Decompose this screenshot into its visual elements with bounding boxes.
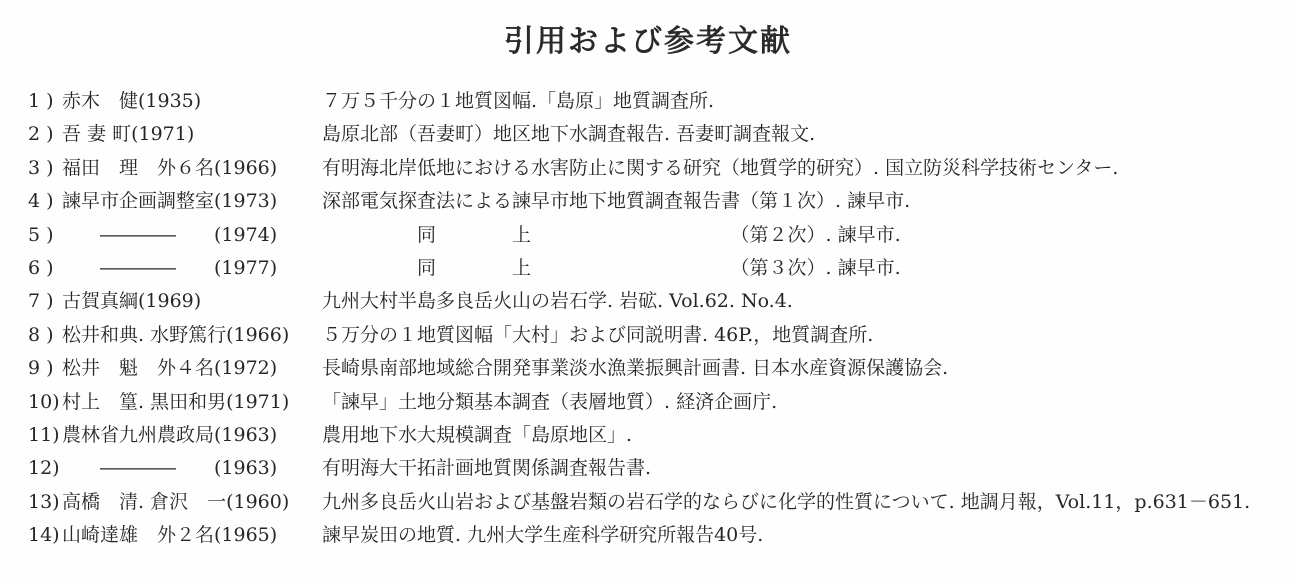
reference-row: 9 )松井 魁 外４名(1972)長崎県南部地域総合開発事業淡水漁業振興計画書.… — [0, 352, 1296, 385]
reference-author: 諫早市企画調整室(1973) — [62, 185, 322, 218]
reference-number: 7 ) — [28, 285, 62, 318]
reference-description: 「諫早」土地分類基本調査（表層地質）. 経済企画庁. — [322, 386, 1296, 419]
reference-author: 高橋 清. 倉沢 一(1960) — [62, 486, 322, 519]
reference-description: 同 上 （第３次）. 諫早市. — [322, 252, 1296, 285]
reference-description: 九州大村半島多良岳火山の岩石学. 岩砿. Vol.62. No.4. — [322, 285, 1296, 318]
reference-description: 同 上 （第２次）. 諫早市. — [322, 219, 1296, 252]
reference-description: ５万分の１地質図幅「大村」および同説明書. 46P.，地質調査所. — [322, 319, 1296, 352]
reference-number: 13) — [28, 486, 62, 519]
reference-row: 11)農林省九州農政局(1963)農用地下水大規模調査「島原地区」. — [0, 419, 1296, 452]
reference-row: 10)村上 篁. 黒田和男(1971)「諫早」土地分類基本調査（表層地質）. 経… — [0, 386, 1296, 419]
reference-author: 村上 篁. 黒田和男(1971) — [62, 386, 322, 419]
reference-number: 8 ) — [28, 319, 62, 352]
reference-author: 赤木 健(1935) — [62, 85, 322, 118]
reference-description: 有明海北岸低地における水害防止に関する研究（地質学的研究）. 国立防災科学技術セ… — [322, 152, 1296, 185]
reference-row: 6 ) ―――― (1977) 同 上 （第３次）. 諫早市. — [0, 252, 1296, 285]
reference-row: 12) ―――― (1963)有明海大干拓計画地質関係調査報告書. — [0, 452, 1296, 485]
reference-author: 福田 理 外６名(1966) — [62, 152, 322, 185]
reference-description: 有明海大干拓計画地質関係調査報告書. — [322, 452, 1296, 485]
reference-author: 農林省九州農政局(1963) — [62, 419, 322, 452]
reference-row: 5 ) ―――― (1974) 同 上 （第２次）. 諫早市. — [0, 219, 1296, 252]
reference-number: 2 ) — [28, 118, 62, 151]
reference-author: ―――― (1974) — [62, 219, 322, 252]
reference-row: 3 )福田 理 外６名(1966)有明海北岸低地における水害防止に関する研究（地… — [0, 152, 1296, 185]
reference-description: 農用地下水大規模調査「島原地区」. — [322, 419, 1296, 452]
reference-author: ―――― (1977) — [62, 252, 322, 285]
reference-list: 1 )赤木 健(1935)７万５千分の１地質図幅.「島原」地質調査所.2 )吾 … — [0, 85, 1296, 552]
reference-author: 吾 妻 町(1971) — [62, 118, 322, 151]
reference-number: 4 ) — [28, 185, 62, 218]
reference-number: 11) — [28, 419, 62, 452]
reference-author: 松井和典. 水野篤行(1966) — [62, 319, 322, 352]
reference-description: 長崎県南部地域総合開発事業淡水漁業振興計画書. 日本水産資源保護協会. — [322, 352, 1296, 385]
references-page: 引用および参考文献 1 )赤木 健(1935)７万５千分の１地質図幅.「島原」地… — [0, 0, 1296, 581]
reference-author: 古賀真綱(1969) — [62, 285, 322, 318]
reference-row: 1 )赤木 健(1935)７万５千分の１地質図幅.「島原」地質調査所. — [0, 85, 1296, 118]
reference-description: 島原北部（吾妻町）地区地下水調査報告. 吾妻町調査報文. — [322, 118, 1296, 151]
reference-number: 3 ) — [28, 152, 62, 185]
reference-description: ７万５千分の１地質図幅.「島原」地質調査所. — [322, 85, 1296, 118]
reference-number: 5 ) — [28, 219, 62, 252]
reference-row: 8 )松井和典. 水野篤行(1966)５万分の１地質図幅「大村」および同説明書.… — [0, 319, 1296, 352]
reference-number: 12) — [28, 452, 62, 485]
reference-row: 2 )吾 妻 町(1971)島原北部（吾妻町）地区地下水調査報告. 吾妻町調査報… — [0, 118, 1296, 151]
reference-row: 4 )諫早市企画調整室(1973)深部電気探査法による諫早市地下地質調査報告書（… — [0, 185, 1296, 218]
reference-number: 14) — [28, 519, 62, 552]
reference-description: 深部電気探査法による諫早市地下地質調査報告書（第１次）. 諫早市. — [322, 185, 1296, 218]
reference-number: 9 ) — [28, 352, 62, 385]
reference-number: 6 ) — [28, 252, 62, 285]
page-title: 引用および参考文献 — [0, 0, 1296, 61]
reference-row: 7 )古賀真綱(1969)九州大村半島多良岳火山の岩石学. 岩砿. Vol.62… — [0, 285, 1296, 318]
reference-description: 九州多良岳火山岩および基盤岩類の岩石学的ならびに化学的性質について. 地調月報，… — [322, 486, 1296, 519]
reference-row: 13)高橋 清. 倉沢 一(1960)九州多良岳火山岩および基盤岩類の岩石学的な… — [0, 486, 1296, 519]
reference-author: 松井 魁 外４名(1972) — [62, 352, 322, 385]
reference-author: ―――― (1963) — [62, 452, 322, 485]
reference-row: 14)山崎達雄 外２名(1965)諫早炭田の地質. 九州大学生産科学研究所報告4… — [0, 519, 1296, 552]
reference-author: 山崎達雄 外２名(1965) — [62, 519, 322, 552]
reference-number: 1 ) — [28, 85, 62, 118]
reference-description: 諫早炭田の地質. 九州大学生産科学研究所報告40号. — [322, 519, 1296, 552]
reference-number: 10) — [28, 386, 62, 419]
